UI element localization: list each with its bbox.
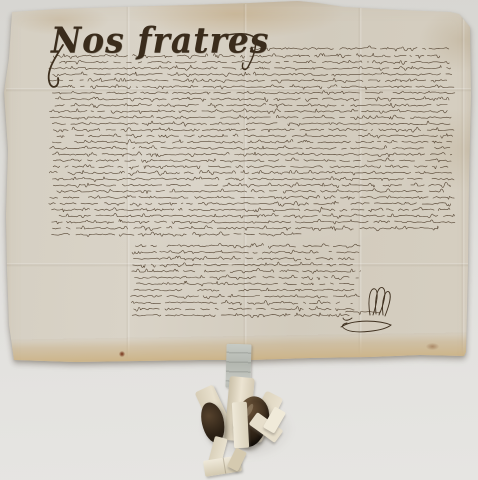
notary-underline	[341, 321, 391, 332]
vertical-crease-1	[126, 4, 130, 360]
tag-strip-front	[232, 402, 249, 449]
horizontal-crease-2	[6, 263, 472, 267]
script-corroboration-clause	[131, 243, 361, 317]
right-edge-crease	[461, 4, 465, 470]
photograph: Nos fratres	[0, 0, 478, 480]
notary-loop-1	[369, 289, 377, 315]
trailing-flourish	[220, 34, 256, 70]
initial-flourish	[49, 45, 63, 87]
notary-loop-2	[376, 287, 385, 315]
stain-spot-left	[119, 351, 125, 357]
horizontal-crease-1	[6, 88, 472, 92]
script-notary-name-line	[346, 311, 381, 314]
notary-loop-3	[383, 291, 391, 316]
script-opening-line	[250, 46, 449, 51]
vertical-crease-2	[243, 4, 247, 360]
script-main-text	[49, 53, 455, 236]
opening-words: Nos fratres	[51, 19, 269, 61]
notary-curl	[343, 318, 352, 320]
stain-spot-right	[426, 343, 439, 350]
notarial-sign	[341, 287, 391, 331]
vertical-crease-3	[358, 4, 362, 360]
